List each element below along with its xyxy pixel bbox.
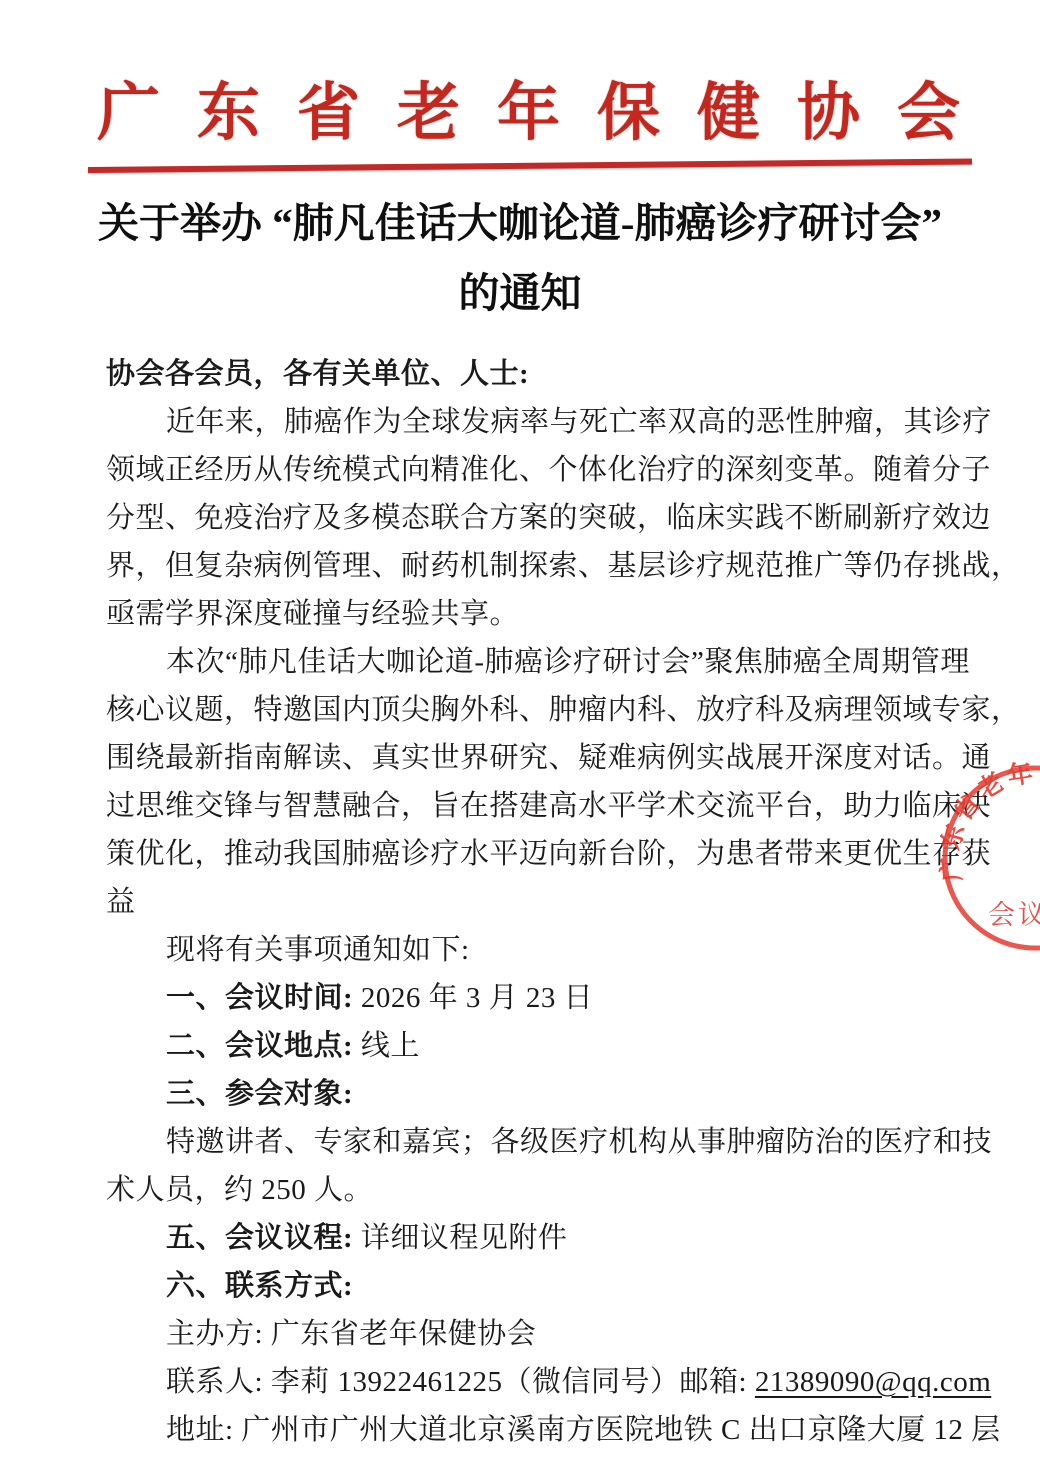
body-text-line: 近年来，肺癌作为全球发病率与死亡率双高的恶性肿瘤，其诊疗 [106, 398, 968, 446]
text-segment: 围绕最新指南解读、真实世界研究、疑难病例实战展开深度对话。通 [106, 742, 991, 774]
text-segment: 一、会议时间: [166, 982, 361, 1014]
letterhead-org-name: 广东省老年保健协会 [97, 78, 997, 148]
body-text-line: 策优化，推动我国肺癌诊疗水平迈向新台阶，为患者带来更优生存获 [106, 830, 968, 878]
text-segment: 现将有关事项通知如下: [166, 934, 470, 966]
text-segment: 主办方: 广东省老年保健协会 [166, 1318, 536, 1350]
email-link[interactable]: 21389090@qq.com [755, 1366, 991, 1398]
meeting-location-line: 二、会议地点: 线上 [106, 1022, 968, 1070]
attendees-text-line: 术人员，约 250 人。 [106, 1166, 968, 1214]
text-segment: 2026 年 3 月 23 日 [361, 982, 593, 1014]
agenda-line: 五、会议议程: 详细议程见附件 [106, 1214, 968, 1262]
body-text-line: 益 [106, 878, 968, 926]
body-text-line: 亟需学界深度碰撞与经验共享。 [106, 590, 968, 638]
text-segment: 策优化，推动我国肺癌诊疗水平迈向新台阶，为患者带来更优生存获 [106, 838, 991, 870]
attendees-heading-line: 三、参会对象: [106, 1070, 968, 1118]
text-segment: 六、联系方式: [166, 1270, 353, 1302]
meeting-time-line: 一、会议时间: 2026 年 3 月 23 日 [106, 974, 968, 1022]
text-segment: 二、会议地点: [166, 1030, 361, 1062]
official-seal-stamp: 广东省老年 会议 [935, 758, 1040, 958]
text-segment: 益 [106, 886, 136, 918]
address-line: 地址: 广州市广州大道北京溪南方医院地铁 C 出口京隆大厦 12 层 [106, 1406, 968, 1454]
text-segment: 协会各会员，各有关单位、人士: [106, 358, 529, 390]
text-segment: 领域正经历从传统模式向精准化、个体化治疗的深刻变革。随着分子 [106, 454, 991, 486]
document-title: 关于举办 “肺凡佳话大咖论道-肺癌诊疗研讨会” 的通知 [0, 198, 1040, 318]
attendees-text-line: 特邀讲者、专家和嘉宾；各级医疗机构从事肿瘤防治的医疗和技 [106, 1118, 968, 1166]
text-segment: 地址: 广州市广州大道北京溪南方医院地铁 C 出口京隆大厦 12 层 [166, 1414, 1001, 1446]
body-text-line: 界，但复杂病例管理、耐药机制探索、基层诊疗规范推广等仍存挑战， [106, 542, 968, 590]
body-text-line: 领域正经历从传统模式向精准化、个体化治疗的深刻变革。随着分子 [106, 446, 968, 494]
text-segment: 近年来，肺癌作为全球发病率与死亡率双高的恶性肿瘤，其诊疗 [166, 406, 992, 438]
svg-text:广东省老年: 广东省老年 [936, 758, 1039, 883]
notice-intro-line: 现将有关事项通知如下: [106, 926, 968, 974]
body-text-line: 过思维交锋与智慧融合，旨在搭建高水平学术交流平台，助力临床决 [106, 782, 968, 830]
text-segment: 亟需学界深度碰撞与经验共享。 [106, 598, 519, 630]
text-segment: 分型、免疫治疗及多模态联合方案的突破，临床实践不断刷新疗效边 [106, 502, 991, 534]
salutation-line: 协会各会员，各有关单位、人士: [106, 350, 968, 398]
text-segment: 五、会议议程: [166, 1222, 361, 1254]
text-segment: 线上 [361, 1030, 420, 1062]
text-segment: 三、参会对象: [166, 1078, 353, 1110]
text-segment: 界，但复杂病例管理、耐药机制探索、基层诊疗规范推广等仍存挑战， [106, 550, 1021, 582]
document-body: 协会各会员，各有关单位、人士:近年来，肺癌作为全球发病率与死亡率双高的恶性肿瘤，… [106, 350, 968, 1454]
letterhead-rule [88, 159, 972, 173]
document-title-line2: 的通知 [0, 268, 1040, 318]
text-segment: 联系人: 李莉 13922461225（微信同号）邮箱: [166, 1366, 755, 1398]
text-segment: 核心议题，特邀国内顶尖胸外科、肿瘤内科、放疗科及病理领域专家， [106, 694, 1021, 726]
seal-arc-text: 广东省老年 [936, 758, 1039, 883]
body-text-line: 核心议题，特邀国内顶尖胸外科、肿瘤内科、放疗科及病理领域专家， [106, 686, 968, 734]
body-text-line: 围绕最新指南解读、真实世界研究、疑难病例实战展开深度对话。通 [106, 734, 968, 782]
seal-center-text: 会议 [988, 900, 1040, 930]
text-segment: 特邀讲者、专家和嘉宾；各级医疗机构从事肿瘤防治的医疗和技 [166, 1126, 992, 1158]
organizer-line: 主办方: 广东省老年保健协会 [106, 1310, 968, 1358]
text-segment: 术人员，约 250 人。 [106, 1174, 373, 1206]
text-segment: 详细议程见附件 [361, 1222, 568, 1254]
scanned-notice-page: 广东省老年保健协会 关于举办 “肺凡佳话大咖论道-肺癌诊疗研讨会” 的通知 协会… [0, 0, 1040, 1471]
text-segment: 本次“肺凡佳话大咖论道-肺癌诊疗研讨会”聚焦肺癌全周期管理 [166, 646, 970, 678]
contact-heading-line: 六、联系方式: [106, 1262, 968, 1310]
body-text-line: 本次“肺凡佳话大咖论道-肺癌诊疗研讨会”聚焦肺癌全周期管理 [106, 638, 968, 686]
document-title-line1: 关于举办 “肺凡佳话大咖论道-肺癌诊疗研讨会” [0, 198, 1040, 248]
text-segment: 过思维交锋与智慧融合，旨在搭建高水平学术交流平台，助力临床决 [106, 790, 991, 822]
contact-person-line: 联系人: 李莉 13922461225（微信同号）邮箱: 21389090@qq… [106, 1358, 968, 1406]
body-text-line: 分型、免疫治疗及多模态联合方案的突破，临床实践不断刷新疗效边 [106, 494, 968, 542]
